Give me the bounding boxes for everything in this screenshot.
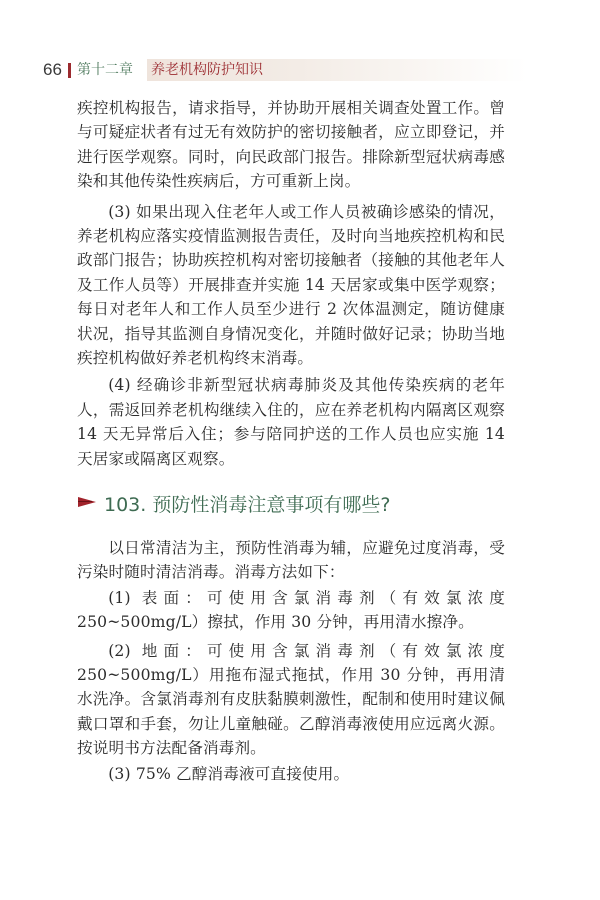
page-number: 66 bbox=[43, 60, 62, 80]
section-103-body: 以日常清洁为主，预防性消毒为辅，应避免过度消毒，受污染时随时清洁消毒。消毒方法如… bbox=[77, 536, 505, 786]
paragraph-surface: (1) 表面：可使用含氯消毒剂（有效氯浓度 250~500mg/L）擦拭，作用 … bbox=[77, 586, 505, 635]
paragraph-floor: (2) 地面：可使用含氯消毒剂（有效氯浓度 250~500mg/L）用拖布湿式拖… bbox=[77, 639, 505, 761]
chapter-label: 第十二章 bbox=[77, 60, 133, 80]
header-separator bbox=[68, 63, 71, 78]
chapter-title: 养老机构防护知识 bbox=[151, 60, 263, 80]
paragraph-continuation: 疾控机构报告，请求指导，并协助开展相关调查处置工作。曾与可疑症状者有过无有效防护… bbox=[77, 96, 505, 194]
section-heading-text: 103. 预防性消毒注意事项有哪些? bbox=[104, 492, 390, 518]
paragraph-intro: 以日常清洁为主，预防性消毒为辅，应避免过度消毒，受污染时随时清洁消毒。消毒方法如… bbox=[77, 536, 505, 585]
paragraph-ethanol: (3) 75% 乙醇消毒液可直接使用。 bbox=[77, 762, 505, 786]
arrow-shadow bbox=[78, 501, 92, 502]
paragraph-item-4: (4) 经确诊非新型冠状病毒肺炎及其他传染疾病的老年人，需返回养老机构继续入住的… bbox=[77, 373, 505, 471]
section-top-body: 疾控机构报告，请求指导，并协助开展相关调查处置工作。曾与可疑症状者有过无有效防护… bbox=[77, 96, 505, 471]
paragraph-item-3: (3) 如果出现入住老年人或工作人员被确诊感染的情况，养老机构应落实疫情监测报告… bbox=[77, 200, 505, 371]
running-header: 66 第十二章 养老机构防护知识 bbox=[43, 60, 523, 80]
triangle-arrow-icon bbox=[78, 497, 96, 507]
